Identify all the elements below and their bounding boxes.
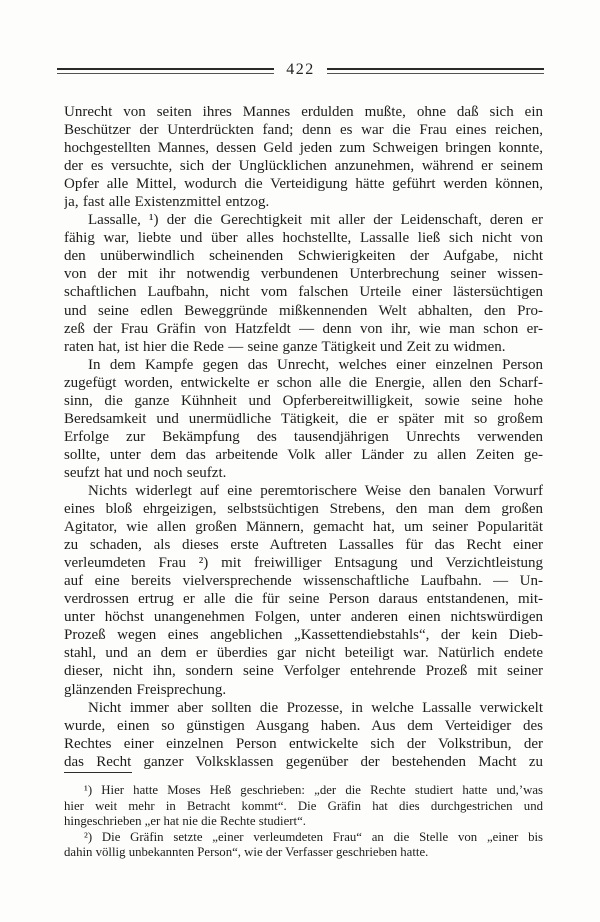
footnotes: ¹) Hier hatte Moses Heß geschrieben: „de… [64,783,543,861]
text-line: Erfolge zur Bekämpfung des tausendjährig… [64,428,543,446]
text-line: wurde, einen so günstigen Ausgang haben.… [64,717,543,735]
text-line: zugefügt worden, entwickelte er schon al… [64,374,543,392]
text-line: ja, fast alle Existenzmittel entzog. [64,193,543,211]
text-line: hochgestellten Mannes, dessen Geld jeden… [64,139,543,157]
text-line: Unrecht von seiten ihres Mannes erdulden… [64,103,543,121]
text-line: stahl, und an dem er überdies gar nicht … [64,644,543,662]
text-line: glänzenden Freisprechung. [64,681,543,699]
text-line: sinn, die ganze Kühnheit und Opferbereit… [64,392,543,410]
text-line: auf eine bereits vielversprechende wisse… [64,572,543,590]
text-line: Beschützer der Unterdrückten fand; denn … [64,121,543,139]
text-line: Opfer alle Mittel, wodurch die Verteidig… [64,175,543,193]
page-header: 422 [57,62,544,80]
text-line: Rechtes einer einzelnen Person entwickel… [64,735,543,753]
text-line: zu schaden, als dieses erste Auftreten L… [64,536,543,554]
body-text: Unrecht von seiten ihres Mannes erdulden… [64,103,543,771]
text-line: von der mit ihr notwendig verbundenen Un… [64,265,543,283]
text-line: schaftlichen Laufbahn, nicht vom falsche… [64,283,543,301]
text-line: den unüberwindlich scheinenden Schwierig… [64,247,543,265]
text-line: sollte, unter dem das arbeitende Volk al… [64,446,543,464]
text-line: Prozeß wegen eines angeblichen „Kassette… [64,626,543,644]
text-line: Beredsamkeit und unermüdliche Tätigkeit,… [64,410,543,428]
footnote-line: hingeschrieben „er hat nie die Rechte st… [64,814,543,830]
text-line: raten hat, ist hier die Rede — seine gan… [64,338,543,356]
page-number: 422 [286,61,315,81]
text-line: seufzt hat und noch seufzt. [64,464,543,482]
book-page: 422 Unrecht von seiten ihres Mannes erdu… [0,0,600,922]
text-line: In dem Kampfe gegen das Unrecht, welches… [64,356,543,374]
text-line: eines bloß ehrgeizigen, selbstsüchtigen … [64,500,543,518]
text-line: unter höchst unangenehmen Folgen, unter … [64,608,543,626]
footnote-separator [64,772,132,773]
footnote-line: dahin völlig unbekannten Person“, wie de… [64,845,543,861]
header-rule-left [57,68,274,74]
text-line: Nichts widerlegt auf eine peremtorischer… [64,482,543,500]
footnote-line: ¹) Hier hatte Moses Heß geschrieben: „de… [64,783,543,799]
text-line: das Recht ganzer Volksklassen gegenüber … [64,753,543,771]
text-line: verleumdeten Frau ²) mit freiwilliger En… [64,554,543,572]
text-line: verdrossen ertrug er alle die für seine … [64,590,543,608]
text-line: und seine edlen Beweggründe mißkennenden… [64,302,543,320]
text-line: dieser, nicht ihn, sondern seine Verfolg… [64,662,543,680]
text-line: Lassalle, ¹) der die Gerechtigkeit mit a… [64,211,543,229]
text-line: fähig war, liebte und über alles hochste… [64,229,543,247]
text-line: der es versuchte, sich der Unglücklichen… [64,157,543,175]
header-rule-right [327,68,544,74]
footnote-line: hier weit mehr in Betracht kommt“. Die G… [64,799,543,815]
footnote-line: ²) Die Gräfin setzte „einer verleumdeten… [64,830,543,846]
text-line: zeß der Frau Gräfin von Hatzfeldt — denn… [64,320,543,338]
text-line: Agitator, wie allen großen Männern, gema… [64,518,543,536]
text-line: Nicht immer aber sollten die Prozesse, i… [64,699,543,717]
